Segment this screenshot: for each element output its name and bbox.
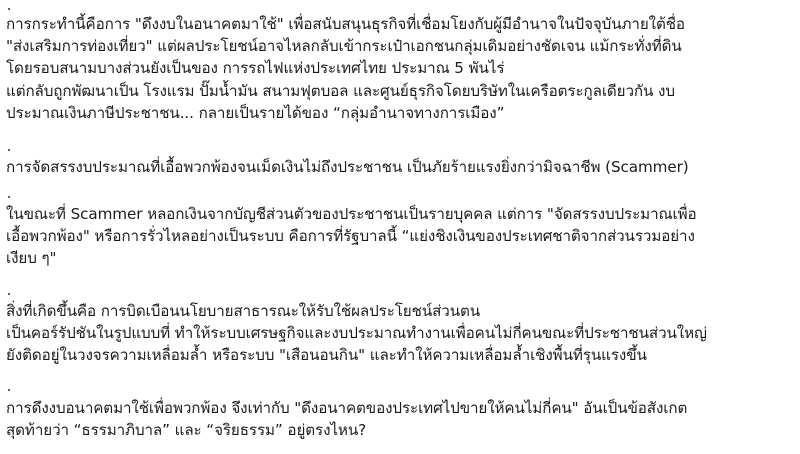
separator-dot — [8, 389, 10, 391]
paragraph-5-line-1: การดึงงบอนาคตมาใช้เพื่อพวกพ้อง จึงเท่ากั… — [6, 397, 687, 419]
paragraph-1-line-5: ประมาณเงินภาษีประชาชน... กลายเป็นรายได้ข… — [6, 102, 504, 124]
paragraph-5-line-2: สุดท้ายว่า “ธรรมาภิบาล” และ “จริยธรรม” อ… — [6, 419, 366, 441]
separator-dot — [8, 8, 10, 10]
paragraph-3-line-3: เงียบ ๆ" — [6, 247, 56, 269]
paragraph-1-line-1: การกระทำนี้คือการ "ดึงงบในอนาคตมาใช้" เพ… — [6, 13, 685, 35]
paragraph-1-line-3: โดยรอบสนามบางส่วนยังเป็นของ การรถไฟแห่งป… — [6, 57, 504, 79]
paragraph-4-line-2: เป็นคอร์รัปชันในรูปแบบที่ ทำให้ระบบเศรษฐ… — [6, 322, 707, 344]
paragraph-4-line-1: สิ่งที่เกิดขึ้นคือ การบิดเบือนนโยบายสาธา… — [6, 300, 480, 322]
paragraph-3-line-1: ในขณะที่ Scammer หลอกเงินจากบัญชีส่วนตัว… — [6, 203, 697, 225]
paragraph-2-line-1: การจัดสรรงบประมาณที่เอื้อพวกพ้องจนเม็ดเง… — [6, 156, 689, 178]
paragraph-4-line-3: ยังติดอยู่ในวงจรความเหลื่อมล้ำ หรือระบบ … — [6, 344, 647, 366]
separator-dot — [8, 149, 10, 151]
post-body: การกระทำนี้คือการ "ดึงงบในอนาคตมาใช้" เพ… — [0, 0, 800, 454]
paragraph-1-line-4: แต่กลับถูกพัฒนาเป็น โรงแรม ปั๊มน้ำมัน สน… — [6, 80, 675, 102]
separator-dot — [8, 293, 10, 295]
paragraph-3-line-2: เอื้อพวกพ้อง" หรือการรั่วไหลอย่างเป็นระบ… — [6, 225, 695, 247]
separator-dot — [8, 196, 10, 198]
paragraph-1-line-2: "ส่งเสริมการท่องเที่ยว" แต่ผลประโยชน์อาจ… — [6, 35, 682, 57]
